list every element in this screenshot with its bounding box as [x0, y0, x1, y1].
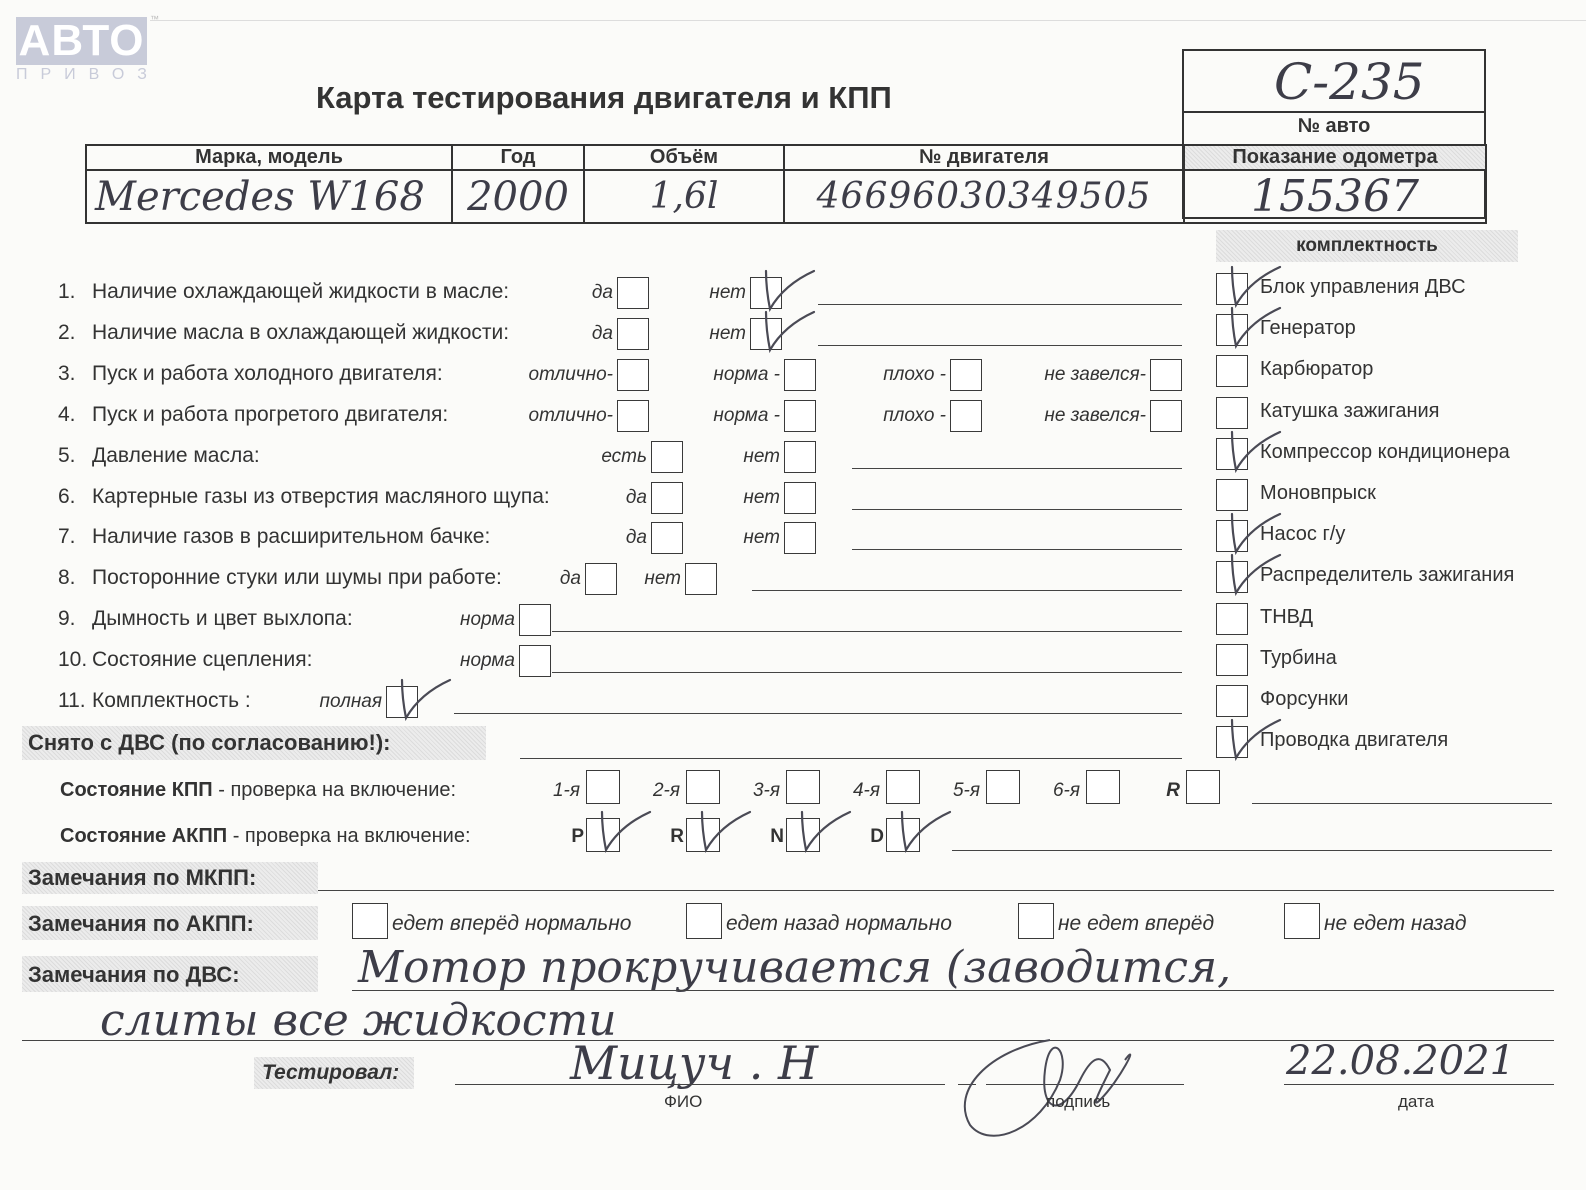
- gear-label: 4-я: [853, 780, 880, 802]
- completeness-checkbox-8[interactable]: [1216, 603, 1248, 635]
- question-text: Пуск и работа прогретого двигателя:: [92, 403, 448, 427]
- trademark-symbol: ™: [150, 14, 159, 24]
- question-9-note-line[interactable]: [552, 631, 1182, 632]
- question-number: 8.: [58, 566, 76, 590]
- logo-privoz: ПРИВОЗ: [16, 66, 160, 84]
- remarks-engine-line1[interactable]: Мотор прокручивается (заводится,: [358, 942, 1231, 993]
- completeness-checkbox-5[interactable]: [1216, 479, 1248, 511]
- option-label: норма -: [713, 405, 780, 427]
- date-caption: дата: [1398, 1092, 1434, 1112]
- completeness-title: комплектность: [1216, 230, 1518, 262]
- option-label: нет: [743, 527, 780, 549]
- auto-gear-1-checkbox[interactable]: [686, 818, 720, 852]
- auto-gear-label: D: [870, 826, 884, 848]
- header-make-model: Марка, модель: [86, 145, 452, 170]
- remarks-auto-option-label: едет назад нормально: [726, 912, 952, 936]
- option-label: да: [626, 527, 647, 549]
- header-volume: Объём: [584, 145, 784, 170]
- auto-gearbox-note-line[interactable]: [952, 850, 1552, 851]
- completeness-checkbox-1[interactable]: [1216, 314, 1248, 346]
- auto-gear-2-checkbox[interactable]: [786, 818, 820, 852]
- remarks-manual-label: Замечания по МКПП:: [28, 865, 256, 891]
- question-10-note-line[interactable]: [552, 672, 1182, 673]
- auto-gearbox-label-bold: Состояние АКПП: [60, 825, 227, 847]
- option-label: да: [560, 568, 581, 590]
- manual-gearbox-label-rest: - проверка на включение:: [213, 779, 456, 801]
- question-number: 11.: [58, 689, 86, 713]
- question-number: 2.: [58, 321, 76, 345]
- completeness-item-label: Распределитель зажигания: [1260, 564, 1514, 587]
- manual-gearbox-label: Состояние КПП - проверка на включение:: [60, 779, 456, 802]
- header-year: Год: [452, 145, 584, 170]
- question-8-option-0-checkbox[interactable]: [585, 563, 617, 595]
- removed-label: Снято с ДВС (по согласованию!):: [28, 730, 391, 756]
- odometer-value[interactable]: 155367: [1184, 170, 1486, 223]
- question-6-option-0-checkbox[interactable]: [651, 482, 683, 514]
- removed-field[interactable]: [520, 758, 1182, 759]
- remarks-auto-option-0-checkbox[interactable]: [352, 903, 388, 939]
- manual-gear-0-checkbox[interactable]: [586, 770, 620, 804]
- date-line: [1284, 1084, 1554, 1085]
- tester-name[interactable]: Мицуч . Н: [570, 1036, 818, 1090]
- question-10-option-0-checkbox[interactable]: [519, 645, 551, 677]
- auto-gear-label: N: [770, 826, 784, 848]
- question-4-option-3-checkbox[interactable]: [1150, 400, 1182, 432]
- option-label: да: [592, 282, 613, 304]
- option-label: нет: [709, 323, 746, 345]
- manual-gear-2-checkbox[interactable]: [786, 770, 820, 804]
- question-text: Комплектность :: [92, 689, 251, 713]
- make-model-value[interactable]: Mercedes W168: [86, 170, 452, 223]
- option-label: не завелся-: [1044, 405, 1146, 427]
- signature-caption: подпись: [1046, 1092, 1110, 1112]
- logo-avto: АВТО: [16, 17, 147, 65]
- manual-gear-6-checkbox[interactable]: [1186, 770, 1220, 804]
- remarks-auto-label: Замечания по АКПП:: [28, 911, 254, 937]
- completeness-checkbox-7[interactable]: [1216, 561, 1248, 593]
- question-number: 10.: [58, 648, 87, 672]
- remarks-auto-option-3-checkbox[interactable]: [1284, 903, 1320, 939]
- option-label: нет: [743, 487, 780, 509]
- test-date[interactable]: 22.08.2021: [1286, 1038, 1515, 1084]
- option-label: нет: [709, 282, 746, 304]
- question-7-option-1-checkbox[interactable]: [784, 522, 816, 554]
- auto-gear-3-checkbox[interactable]: [886, 818, 920, 852]
- auto-number-label: № авто: [1184, 115, 1484, 138]
- option-label: норма: [460, 650, 515, 672]
- manual-gearbox-note-line[interactable]: [1252, 803, 1552, 804]
- tester-label: Тестировал:: [262, 1061, 399, 1085]
- completeness-checkbox-11[interactable]: [1216, 726, 1248, 758]
- completeness-checkbox-6[interactable]: [1216, 520, 1248, 552]
- question-number: 9.: [58, 607, 76, 631]
- question-text: Наличие газов в расширительном бачке:: [92, 525, 490, 549]
- question-text: Наличие масла в охлаждающей жидкости:: [92, 321, 509, 345]
- option-label: норма: [460, 609, 515, 631]
- manual-gearbox-label-bold: Состояние КПП: [60, 779, 213, 801]
- vehicle-table: Марка, модель Год Объём № двигателя Пока…: [85, 144, 1487, 224]
- question-4-option-2-checkbox[interactable]: [950, 400, 982, 432]
- completeness-item-label: Форсунки: [1260, 688, 1348, 711]
- gear-label: R: [1166, 780, 1180, 802]
- completeness-checkbox-10[interactable]: [1216, 685, 1248, 717]
- question-8-option-1-checkbox[interactable]: [685, 563, 717, 595]
- option-label: отлично-: [529, 405, 613, 427]
- question-3-option-2-checkbox[interactable]: [950, 359, 982, 391]
- remarks-engine-label: Замечания по ДВС:: [28, 962, 240, 988]
- question-11-note-line[interactable]: [454, 713, 1182, 714]
- gear-label: 5-я: [953, 780, 980, 802]
- completeness-item-label: Катушка зажигания: [1260, 400, 1440, 423]
- question-7-note-line[interactable]: [852, 549, 1182, 550]
- remarks-auto-option-1-checkbox[interactable]: [686, 903, 722, 939]
- question-1-option-1-checkbox[interactable]: [750, 277, 782, 309]
- option-label: есть: [601, 446, 647, 468]
- volume-value[interactable]: 1,6l: [584, 170, 784, 223]
- question-text: Пуск и работа холодного двигателя:: [92, 362, 443, 386]
- question-text: Посторонние стуки или шумы при работе:: [92, 566, 502, 590]
- question-1-note-line[interactable]: [818, 304, 1182, 305]
- remarks-auto-option-label: не едет назад: [1324, 912, 1466, 936]
- question-number: 5.: [58, 444, 76, 468]
- question-8-note-line[interactable]: [752, 590, 1182, 591]
- question-3-option-3-checkbox[interactable]: [1150, 359, 1182, 391]
- question-5-note-line[interactable]: [852, 468, 1182, 469]
- question-number: 7.: [58, 525, 76, 549]
- question-11-option-0-checkbox[interactable]: [386, 686, 418, 718]
- completeness-item-label: Насос г/у: [1260, 523, 1345, 546]
- header-engine-number: № двигателя: [784, 145, 1184, 170]
- remarks-auto-option-label: не едет вперёд: [1058, 912, 1214, 936]
- gear-label: 6-я: [1053, 780, 1080, 802]
- manual-gear-4-checkbox[interactable]: [986, 770, 1020, 804]
- question-2-option-0-checkbox[interactable]: [617, 318, 649, 350]
- auto-gear-label: P: [571, 826, 584, 848]
- completeness-item-label: ТНВД: [1260, 606, 1313, 629]
- question-2-option-1-checkbox[interactable]: [750, 318, 782, 350]
- question-number: 6.: [58, 485, 76, 509]
- manual-gear-5-checkbox[interactable]: [1086, 770, 1120, 804]
- remarks-auto-option-label: едет вперёд нормально: [392, 912, 631, 936]
- question-5-option-0-checkbox[interactable]: [651, 441, 683, 473]
- completeness-checkbox-0[interactable]: [1216, 273, 1248, 305]
- completeness-item-label: Карбюратор: [1260, 358, 1373, 381]
- question-7-option-0-checkbox[interactable]: [651, 522, 683, 554]
- option-label: да: [626, 487, 647, 509]
- question-1-option-0-checkbox[interactable]: [617, 277, 649, 309]
- question-number: 3.: [58, 362, 76, 386]
- signature-icon: [950, 1020, 1170, 1150]
- question-9-option-0-checkbox[interactable]: [519, 604, 551, 636]
- question-3-option-1-checkbox[interactable]: [784, 359, 816, 391]
- question-text: Давление масла:: [92, 444, 260, 468]
- gear-label: 2-я: [653, 780, 680, 802]
- tester-name-caption: ФИО: [664, 1092, 702, 1112]
- gear-label: 1-я: [553, 780, 580, 802]
- option-label: да: [592, 323, 613, 345]
- year-value[interactable]: 2000: [452, 170, 584, 223]
- tester-name-line: [455, 1084, 945, 1085]
- option-label: норма -: [713, 364, 780, 386]
- option-label: плохо -: [883, 364, 946, 386]
- manual-gear-3-checkbox[interactable]: [886, 770, 920, 804]
- top-divider: [150, 20, 1586, 21]
- question-text: Картерные газы из отверстия масляного щу…: [92, 485, 550, 509]
- completeness-item-label: Моновпрыск: [1260, 482, 1376, 505]
- question-number: 4.: [58, 403, 76, 427]
- gear-label: 3-я: [753, 780, 780, 802]
- engine-number-value[interactable]: 46696030349505: [784, 170, 1184, 223]
- option-label: нет: [743, 446, 780, 468]
- option-label: не завелся-: [1044, 364, 1146, 386]
- completeness-item-label: Генератор: [1260, 317, 1356, 340]
- question-number: 1.: [58, 280, 76, 304]
- option-label: отлично-: [529, 364, 613, 386]
- completeness-checkbox-9[interactable]: [1216, 644, 1248, 676]
- question-6-note-line[interactable]: [852, 509, 1182, 510]
- question-text: Состояние сцепления:: [92, 648, 312, 672]
- question-4-option-0-checkbox[interactable]: [617, 400, 649, 432]
- completeness-item-label: Компрессор кондиционера: [1260, 441, 1510, 464]
- auto-gearbox-label: Состояние АКПП - проверка на включение:: [60, 825, 471, 848]
- auto-gear-label: R: [670, 826, 684, 848]
- completeness-item-label: Проводка двигателя: [1260, 729, 1448, 752]
- auto-number-value[interactable]: C-235: [1274, 53, 1425, 111]
- remarks-engine-line2[interactable]: слиты все жидкости: [100, 995, 617, 1046]
- manual-gear-1-checkbox[interactable]: [686, 770, 720, 804]
- completeness-checkbox-4[interactable]: [1216, 438, 1248, 470]
- option-label: плохо -: [883, 405, 946, 427]
- question-text: Наличие охлаждающей жидкости в масле:: [92, 280, 509, 304]
- completeness-title-text: комплектность: [1296, 235, 1438, 256]
- completeness-item-label: Турбина: [1260, 647, 1337, 670]
- auto-gear-0-checkbox[interactable]: [586, 818, 620, 852]
- remarks-auto-option-2-checkbox[interactable]: [1018, 903, 1054, 939]
- page-title: Карта тестирования двигателя и КПП: [316, 80, 892, 116]
- completeness-checkbox-2[interactable]: [1216, 355, 1248, 387]
- auto-gearbox-label-rest: - проверка на включение:: [227, 825, 470, 847]
- question-2-note-line[interactable]: [818, 345, 1182, 346]
- question-4-option-1-checkbox[interactable]: [784, 400, 816, 432]
- completeness-item-label: Блок управления ДВС: [1260, 276, 1466, 299]
- remarks-manual-field[interactable]: [318, 890, 1554, 891]
- remarks-engine-field-1: [352, 990, 1554, 991]
- completeness-checkbox-3[interactable]: [1216, 397, 1248, 429]
- question-5-option-1-checkbox[interactable]: [784, 441, 816, 473]
- question-3-option-0-checkbox[interactable]: [617, 359, 649, 391]
- option-label: нет: [644, 568, 681, 590]
- question-text: Дымность и цвет выхлопа:: [92, 607, 353, 631]
- option-label: полная: [320, 691, 383, 713]
- header-odometer: Показание одометра: [1184, 145, 1486, 170]
- question-6-option-1-checkbox[interactable]: [784, 482, 816, 514]
